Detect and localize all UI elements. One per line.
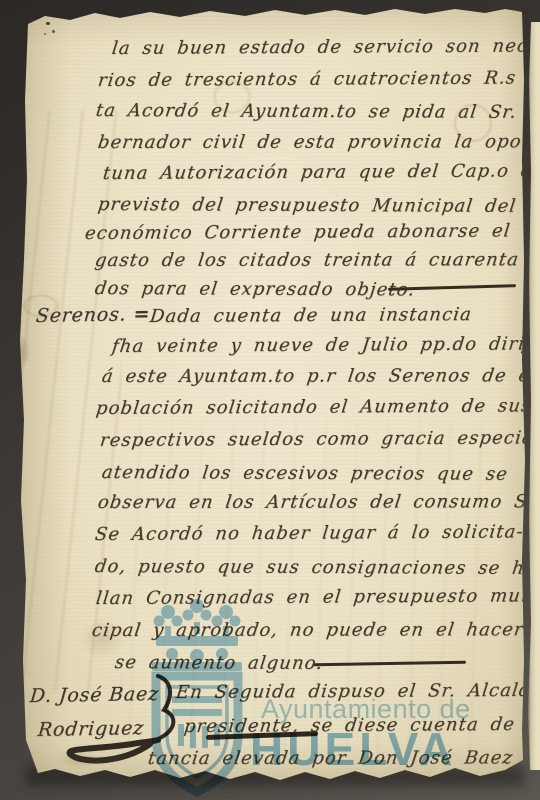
- margin-separator: =: [133, 303, 151, 325]
- manuscript-line: cipal y aprobado, no puede en el hacer-: [91, 619, 533, 641]
- manuscript-line: fha veinte y nueve de Julio pp.do diriji…: [111, 333, 540, 357]
- manuscript-line: llan Consignadas en el presupuesto muni-: [95, 585, 540, 609]
- manuscript-line: gasto de los citados treinta á cuarenta …: [94, 249, 540, 271]
- margin-brace-flourish: [62, 672, 212, 768]
- manuscript-line: rios de trescientos á cuatrocientos R.s …: [97, 67, 540, 91]
- manuscript-line: á este Ayuntam.to p.r los Serenos de est…: [101, 365, 540, 387]
- manuscript-line: económico Corriente pueda abonarse el: [84, 220, 512, 244]
- manuscript-line: bernador civil de esta provincia la opor…: [97, 131, 540, 153]
- manuscript-line: tuna Autorización para que del Cap.o de …: [102, 160, 540, 184]
- manuscript-line: atendido los escesivos precios que se: [101, 462, 510, 485]
- manuscript-line: población solicitando el Aumento de sus: [95, 395, 533, 419]
- scanned-document: la su buen estado de servicio son necesa…: [0, 0, 540, 800]
- manuscript-line: dos para el expresado objeto.: [94, 278, 417, 300]
- manuscript-line: Dada cuenta de una instancia: [149, 304, 473, 327]
- manuscript-page: la su buen estado de servicio son necesa…: [0, 0, 540, 800]
- margin-note-serenos: Serenos.=: [35, 303, 150, 327]
- adjacent-page-edge: [528, 22, 540, 770]
- manuscript-line: do, puesto que sus consignaciones se ha-: [94, 556, 540, 579]
- manuscript-line: observa en los Artículos del consumo S.: [97, 491, 536, 513]
- manuscript-line: ta Acordó el Ayuntam.to se pida al Sr. G…: [95, 100, 540, 123]
- manuscript-line: previsto del presupuesto Municipal del a…: [97, 194, 540, 217]
- manuscript-line: En Seguida dispuso el Sr. Alcalde-: [175, 680, 540, 703]
- manuscript-line: se aumento alguno.: [114, 652, 325, 674]
- margin-note-text: Serenos.: [35, 303, 128, 327]
- manuscript-line: respectivos sueldos como gracia especial…: [99, 427, 540, 451]
- manuscript-line: Se Acordó no haber lugar á lo solicita-: [94, 521, 525, 545]
- manuscript-line: la su buen estado de servicio son necesa…: [111, 35, 540, 59]
